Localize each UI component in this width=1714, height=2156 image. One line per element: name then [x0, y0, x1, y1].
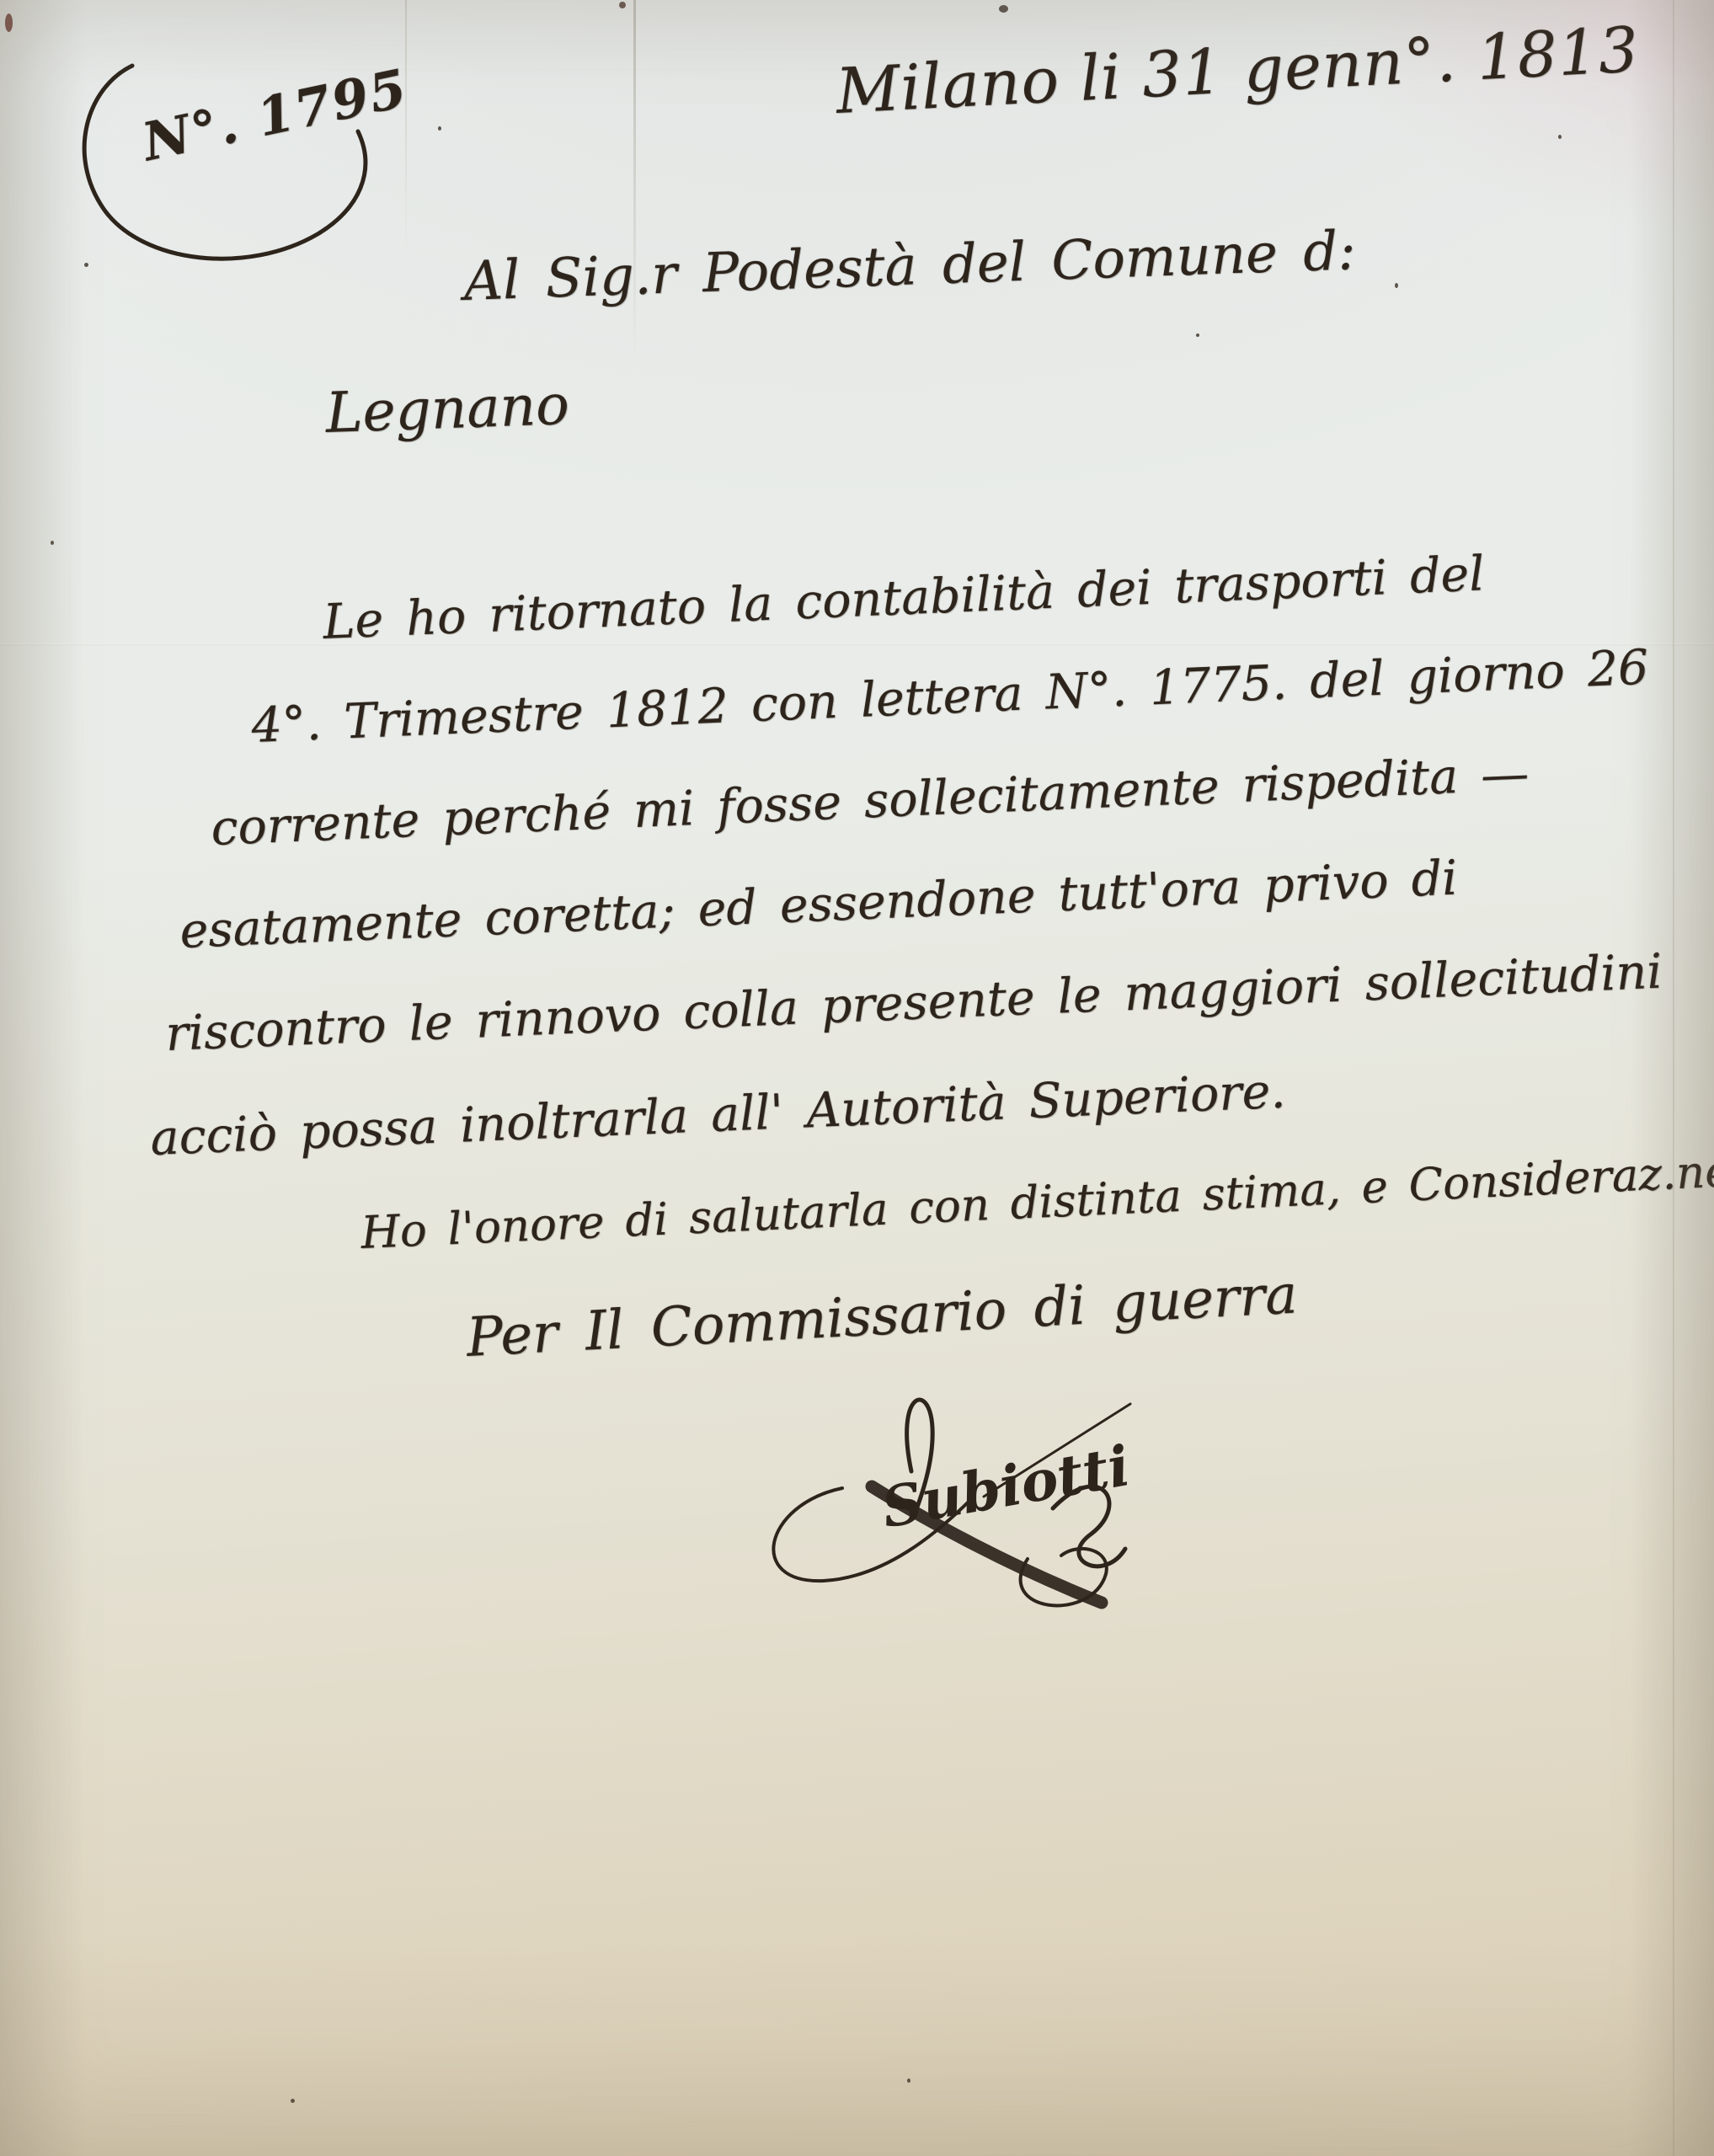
ink-speck: [1558, 135, 1562, 139]
ink-speck: [1395, 283, 1398, 288]
ink-speck: [619, 2, 626, 8]
registry-number-block: N°. 1795: [80, 52, 442, 275]
letter-page: N°. 1795 Milano li 31 genn°. 1813 Al Sig…: [0, 0, 1714, 2156]
ink-speck: [1196, 334, 1199, 337]
ink-speck: [51, 541, 54, 545]
paper-crease-right-edge: [1673, 0, 1674, 2156]
ink-speck: [438, 126, 441, 131]
signature-name: Subiotti: [877, 1433, 1135, 1540]
body-line-1: Le ho ritornato la contabilità dei trasp…: [322, 546, 1485, 650]
closing-line: Ho l'onore di salutarla con distinta sti…: [360, 1145, 1714, 1259]
body-line-5: riscontro le rinnovo colla presente le m…: [164, 944, 1663, 1062]
body-line-4: esatamente coretta; ed essendone tutt'or…: [179, 850, 1458, 959]
signer-title-line: Per Il Commissario di guerra: [465, 1263, 1299, 1369]
recipient-line: Al Sig.r Podestà del Comune d:: [462, 220, 1356, 313]
body-line-3: corrente perché mi fosse sollecitamente …: [210, 745, 1530, 857]
paper-crease-vertical: [633, 0, 636, 362]
body-line-2: 4°. Trimestre 1812 con lettera N°. 1775.…: [250, 640, 1649, 754]
dateline: Milano li 31 genn°. 1813: [834, 13, 1641, 128]
ink-speck: [907, 2079, 910, 2083]
ink-speck: [84, 263, 88, 267]
body-line-6: acciò possa inoltrarla all' Autorità Sup…: [149, 1064, 1286, 1166]
signature-flourish: Subiotti: [716, 1360, 1154, 1613]
signature-block: Subiotti: [716, 1360, 1154, 1613]
ink-speck: [999, 5, 1008, 13]
paper-fold-crease: [0, 643, 1714, 646]
ink-speck: [5, 13, 13, 32]
recipient-place: Legnano: [324, 372, 570, 446]
ink-speck: [291, 2099, 295, 2103]
